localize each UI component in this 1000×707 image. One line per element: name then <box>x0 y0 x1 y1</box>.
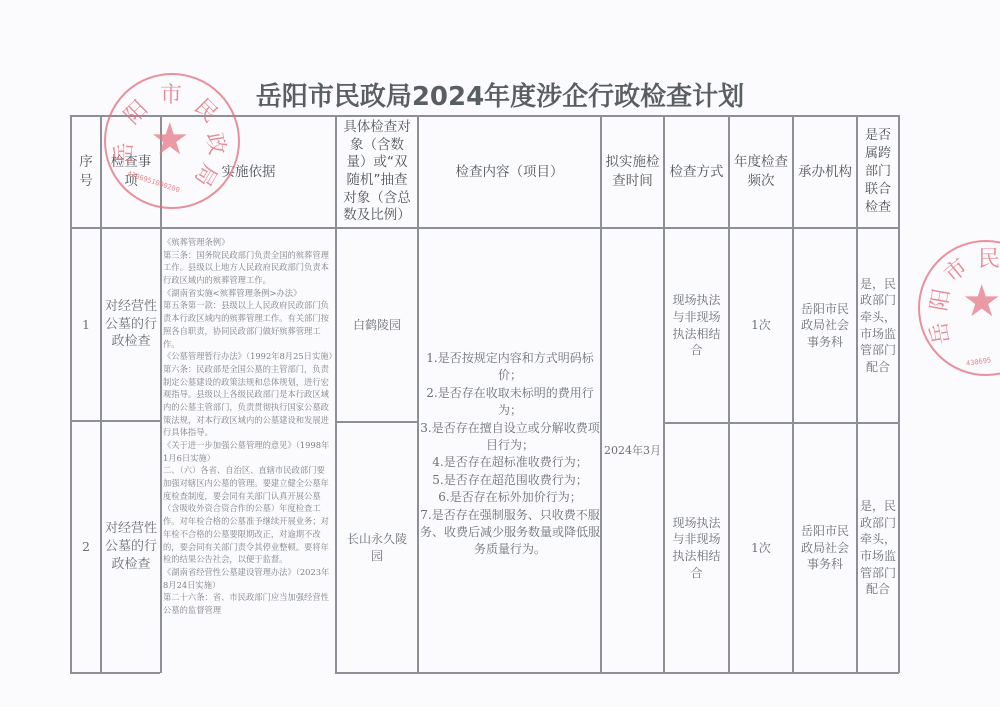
inspection-content-item: 5.是否存在超范围收费行为； <box>420 472 600 489</box>
inspection-content-item: 1.是否按规定内容和方式明码标价； <box>420 350 600 385</box>
header-agency: 承办机构 <box>794 117 856 227</box>
row-target: 白鹤陵园 <box>337 229 417 421</box>
table-border-bottom-right <box>335 672 899 674</box>
inspection-content-item: 7.是否存在强制服务、只收费不服务、收费后减少服务数量或降低服务质量行为。 <box>420 507 600 559</box>
implementation-basis-text: 《殡葬管理条例》 第三条：国务院民政部门负责全国的殡葬管理工作。县级以上地方人民… <box>163 236 333 617</box>
row-frequency: 1次 <box>730 424 792 672</box>
col-line-10 <box>898 115 900 673</box>
star-icon: ★ <box>962 280 1000 324</box>
header-target: 具体检查对象（含数量）或“双随机”抽查对象（含总数及比例） <box>337 117 417 227</box>
row-joint: 是，民政部门牵头，市场监管部门配合 <box>858 424 898 672</box>
row-agency: 岳阳市民政局社会事务科 <box>794 424 856 672</box>
row-frequency: 1次 <box>730 229 792 422</box>
inspection-content-item: 6.是否存在标外加价行为； <box>420 489 600 506</box>
row-item: 对经营性公墓的行政检查 <box>102 229 160 420</box>
row-joint: 是，民政部门牵头，市场监管部门配合 <box>858 229 898 422</box>
row-target: 长山永久陵园 <box>337 423 417 672</box>
header-method: 检查方式 <box>665 117 728 227</box>
row-method: 现场执法与非现场执法相结合 <box>665 229 728 422</box>
row-item: 对经营性公墓的行政检查 <box>102 422 160 672</box>
header-content: 检查内容（项目） <box>419 117 600 227</box>
row-seq: 2 <box>72 422 100 672</box>
star-icon: ★ <box>150 118 189 162</box>
row-seq: 1 <box>72 229 100 420</box>
header-joint: 是否属跨部门联合检查 <box>858 117 898 227</box>
planned-time: 2024年3月 <box>602 229 663 672</box>
inspection-content-item: 4.是否存在超标准收费行为； <box>420 454 600 471</box>
header-frequency: 年度检查频次 <box>730 117 792 227</box>
table-border-bottom-left <box>70 672 160 674</box>
document-title: 岳阳市民政局2024年度涉企行政检查计划 <box>0 76 1000 113</box>
header-seq: 序号 <box>72 117 100 227</box>
inspection-content-list: 1.是否按规定内容和方式明码标价； 2.是否存在收取未标明的费用行为； 3.是否… <box>420 350 600 559</box>
header-time: 拟实施检查时间 <box>602 117 663 227</box>
inspection-content-item: 3.是否存在擅自设立或分解收费项目行为； <box>420 420 600 455</box>
inspection-content-item: 2.是否存在收取未标明的费用行为； <box>420 385 600 420</box>
row-agency: 岳阳市民政局社会事务科 <box>794 229 856 422</box>
row-method: 现场执法与非现场执法相结合 <box>665 424 728 672</box>
